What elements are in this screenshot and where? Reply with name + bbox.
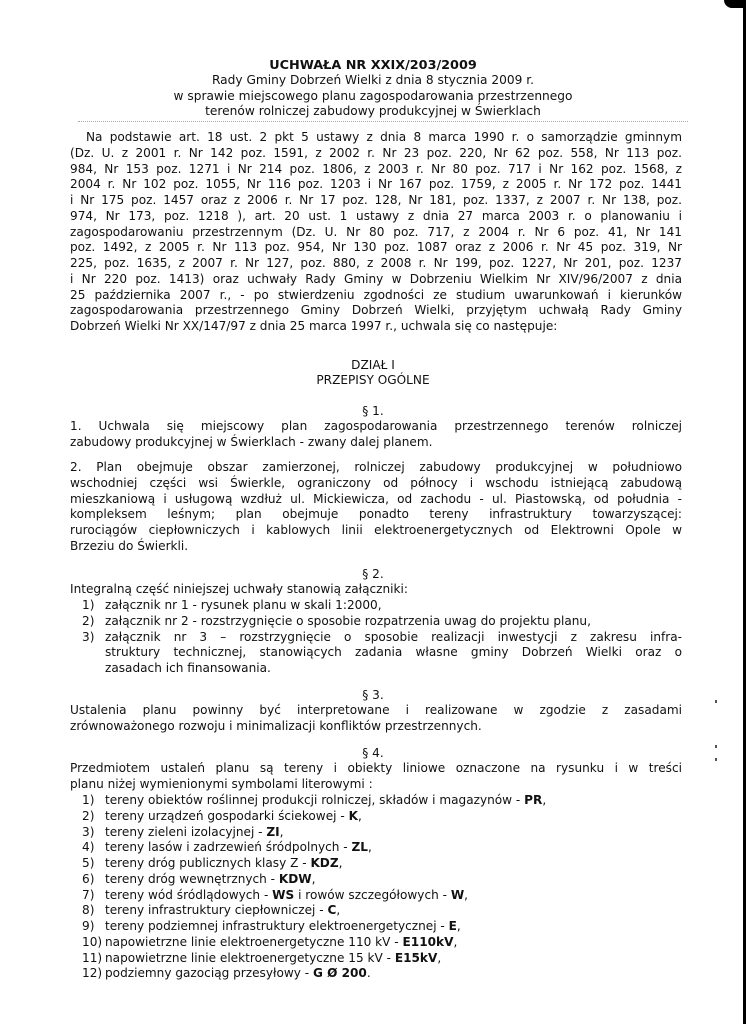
- item-symbol: E110kV: [403, 935, 454, 949]
- list-text: tereny podziemnej infrastruktury elektro…: [105, 919, 682, 935]
- item-description: tereny zieleni izolacyjnej -: [105, 825, 266, 839]
- preamble-line: zagospodarowaniu przestrzennym (Dz. U. N…: [70, 225, 682, 241]
- list-text: załącznik nr 1 - rysunek planu w skali 1…: [105, 598, 682, 614]
- document-page: UCHWAŁA NR XXIX/203/2009 Rady Gminy Dobr…: [0, 0, 746, 1024]
- preamble-paragraph: Na podstawie art. 18 ust. 2 pkt 5 ustawy…: [70, 130, 682, 335]
- symbols-list: 1)tereny obiektów roślinnej produkcji ro…: [82, 793, 682, 982]
- list-item: 1)tereny obiektów roślinnej produkcji ro…: [82, 793, 682, 809]
- item-description: tereny urządzeń gospodarki ściekowej -: [105, 809, 349, 823]
- resolution-subject-cont: terenów rolniczej zabudowy produkcyjnej …: [0, 104, 746, 120]
- item-punct: ,: [336, 903, 340, 917]
- item-symbol: E: [449, 919, 457, 933]
- division-title: PRZEPISY OGÓLNE: [0, 373, 746, 389]
- section-2-heading: § 2.: [0, 567, 746, 583]
- preamble-line: 25 października 2007 r., - po stwierdzen…: [70, 288, 682, 304]
- list-text-cont: zasadach ich finansowania.: [82, 661, 682, 677]
- header-divider: [78, 121, 688, 122]
- list-item: 3)tereny zieleni izolacyjnej - ZI,: [82, 825, 682, 841]
- item-description: napowietrzne linie elektroenergetyczne 1…: [105, 935, 403, 949]
- item-description: i rowów szczegółowych -: [294, 888, 451, 902]
- list-item: 9)tereny podziemnej infrastruktury elekt…: [82, 919, 682, 935]
- item-description: tereny lasów i zadrzewień śródpolnych -: [105, 840, 352, 854]
- list-text-cont: struktury technicznej, stanowiących zada…: [82, 645, 682, 661]
- paragraph-line: 1. Uchwala się miejscowy plan zagospodar…: [70, 419, 682, 435]
- list-text: tereny zieleni izolacyjnej - ZI,: [105, 825, 682, 841]
- list-number: 2): [82, 614, 105, 630]
- list-text: tereny infrastruktury ciepłowniczej - C,: [105, 903, 682, 919]
- section-4-heading: § 4.: [0, 746, 746, 762]
- item-symbol: KDW: [279, 872, 312, 886]
- list-text: załącznik nr 2 - rozstrzygnięcie o sposo…: [105, 614, 682, 630]
- paragraph-line: planu niżej wymienionymi symbolami liter…: [70, 777, 682, 793]
- paragraph-line: Brzeziu do Świerkli.: [70, 539, 682, 555]
- paragraph-line: Ustalenia planu powinny być interpretowa…: [70, 703, 682, 719]
- list-item: 5)tereny dróg publicznych klasy Z - KDZ,: [82, 856, 682, 872]
- division-label: DZIAŁ I: [0, 358, 746, 374]
- list-number: 3): [82, 630, 105, 646]
- item-punct: ,: [542, 793, 546, 807]
- list-text: tereny urządzeń gospodarki ściekowej - K…: [105, 809, 682, 825]
- list-number: 2): [82, 809, 105, 825]
- item-punct: ,: [280, 825, 284, 839]
- item-punct: ,: [464, 888, 468, 902]
- list-number: 12): [82, 966, 105, 982]
- preamble-line: zagospodarowania przestrzennego Gminy Do…: [70, 303, 682, 319]
- paragraph-line: mieszkaniową i usługową wzdłuż ul. Micki…: [70, 492, 682, 508]
- list-item: 2)tereny urządzeń gospodarki ściekowej -…: [82, 809, 682, 825]
- preamble-line: (Dz. U. z 2001 r. Nr 142 poz. 1591, z 20…: [70, 146, 682, 162]
- section-4-intro: Przedmiotem ustaleń planu są tereny i ob…: [70, 761, 682, 793]
- item-symbol: K: [349, 809, 358, 823]
- list-item: 7)tereny wód śródlądowych - WS i rowów s…: [82, 888, 682, 904]
- paragraph-line: zabudowy produkcyjnej w Świerklach - zwa…: [70, 435, 682, 451]
- preamble-line: 974, Nr 173, poz. 1218 ), art. 20 ust. 1…: [70, 209, 682, 225]
- item-symbol: E15kV: [395, 951, 438, 965]
- preamble-line: 2004 r. Nr 102 poz. 1055, Nr 116 poz. 12…: [70, 177, 682, 193]
- item-description: tereny dróg wewnętrznych -: [105, 872, 279, 886]
- item-description: tereny infrastruktury ciepłowniczej -: [105, 903, 327, 917]
- paragraph-line: zrównoważonego rozwoju i minimalizacji k…: [70, 719, 682, 735]
- list-text: napowietrzne linie elektroenergetyczne 1…: [105, 935, 682, 951]
- list-text: tereny obiektów roślinnej produkcji roln…: [105, 793, 682, 809]
- item-symbol: C: [327, 903, 336, 917]
- list-item: 2) załącznik nr 2 - rozstrzygnięcie o sp…: [82, 614, 682, 630]
- preamble-line: poz. 1492, z 2005 r. Nr 113 poz. 954, Nr…: [70, 240, 682, 256]
- scan-corner-mark: [724, 0, 746, 8]
- item-punct: .: [367, 966, 371, 980]
- list-item: 1) załącznik nr 1 - rysunek planu w skal…: [82, 598, 682, 614]
- preamble-line: Dobrzeń Wielki Nr XX/147/97 z dnia 25 ma…: [70, 319, 682, 335]
- section-1-point-2: 2. Plan obejmuje obszar zamierzonej, rol…: [70, 460, 682, 555]
- preamble-line: i Nr 220 poz. 1413) oraz uchwały Rady Gm…: [70, 272, 682, 288]
- resolution-subtitle: Rady Gminy Dobrzeń Wielki z dnia 8 stycz…: [0, 73, 746, 89]
- list-number: 5): [82, 856, 105, 872]
- item-symbol: ZL: [352, 840, 368, 854]
- list-item: 3) załącznik nr 3 – rozstrzygnięcie o sp…: [82, 630, 682, 646]
- item-symbol: PR: [524, 793, 542, 807]
- list-item: 4)tereny lasów i zadrzewień śródpolnych …: [82, 840, 682, 856]
- section-2-intro: Integralną część niniejszej uchwały stan…: [70, 582, 682, 598]
- item-punct: ,: [312, 872, 316, 886]
- list-item: 8)tereny infrastruktury ciepłowniczej - …: [82, 903, 682, 919]
- list-number: 6): [82, 872, 105, 888]
- item-punct: ,: [457, 919, 461, 933]
- list-number: 4): [82, 840, 105, 856]
- resolution-title: UCHWAŁA NR XXIX/203/2009: [0, 58, 746, 74]
- item-symbol: WS: [272, 888, 294, 902]
- item-description: tereny wód śródlądowych -: [105, 888, 272, 902]
- preamble-line: Na podstawie art. 18 ust. 2 pkt 5 ustawy…: [70, 130, 682, 146]
- attachments-list: 1) załącznik nr 1 - rysunek planu w skal…: [82, 598, 682, 677]
- list-text: tereny dróg wewnętrznych - KDW,: [105, 872, 682, 888]
- list-number: 9): [82, 919, 105, 935]
- resolution-subject: w sprawie miejscowego planu zagospodarow…: [0, 89, 746, 105]
- item-punct: ,: [339, 856, 343, 870]
- item-symbol: ZI: [266, 825, 279, 839]
- item-symbol: G Ø 200: [313, 966, 367, 980]
- list-number: 3): [82, 825, 105, 841]
- item-punct: ,: [437, 951, 441, 965]
- section-1-point-1: 1. Uchwala się miejscowy plan zagospodar…: [70, 419, 682, 451]
- preamble-line: 225, poz. 1635, z 2007 r. Nr 127, poz. 8…: [70, 256, 682, 272]
- section-3-heading: § 3.: [0, 688, 746, 704]
- list-number: 11): [82, 951, 105, 967]
- item-punct: ,: [358, 809, 362, 823]
- preamble-line: 984, Nr 153 poz. 1271 i Nr 214 poz. 1806…: [70, 162, 682, 178]
- list-text: napowietrzne linie elektroenergetyczne 1…: [105, 951, 682, 967]
- preamble-line: i Nr 175 poz. 1457 oraz z 2006 r. Nr 17 …: [70, 193, 682, 209]
- item-description: tereny obiektów roślinnej produkcji roln…: [105, 793, 524, 807]
- section-3-text: Ustalenia planu powinny być interpretowa…: [70, 703, 682, 735]
- list-text: tereny dróg publicznych klasy Z - KDZ,: [105, 856, 682, 872]
- paragraph-line: wschodniej części wsi Świerkle, ogranicz…: [70, 476, 682, 492]
- item-description: tereny dróg publicznych klasy Z -: [105, 856, 310, 870]
- list-text: podziemny gazociąg przesyłowy - G Ø 200.: [105, 966, 682, 982]
- list-number: 1): [82, 793, 105, 809]
- item-punct: ,: [453, 935, 457, 949]
- list-text: tereny lasów i zadrzewień śródpolnych - …: [105, 840, 682, 856]
- list-item: 12)podziemny gazociąg przesyłowy - G Ø 2…: [82, 966, 682, 982]
- list-item: 6)tereny dróg wewnętrznych - KDW,: [82, 872, 682, 888]
- item-description: podziemny gazociąg przesyłowy -: [105, 966, 313, 980]
- list-number: 8): [82, 903, 105, 919]
- item-punct: ,: [368, 840, 372, 854]
- list-number: 7): [82, 888, 105, 904]
- paragraph-line: rurociągów ciepłowniczych i kablowych li…: [70, 523, 682, 539]
- item-symbol: W: [451, 888, 464, 902]
- paragraph-line: 2. Plan obejmuje obszar zamierzonej, rol…: [70, 460, 682, 476]
- list-text: tereny wód śródlądowych - WS i rowów szc…: [105, 888, 682, 904]
- list-number: 10): [82, 935, 105, 951]
- section-1-heading: § 1.: [0, 404, 746, 420]
- paragraph-line: kompleksem leśnym; plan obejmuje ponadto…: [70, 507, 682, 523]
- item-symbol: KDZ: [310, 856, 338, 870]
- list-item: 11)napowietrzne linie elektroenergetyczn…: [82, 951, 682, 967]
- item-description: napowietrzne linie elektroenergetyczne 1…: [105, 951, 395, 965]
- paragraph-line: Integralną część niniejszej uchwały stan…: [70, 582, 682, 598]
- list-number: 1): [82, 598, 105, 614]
- paragraph-line: Przedmiotem ustaleń planu są tereny i ob…: [70, 761, 682, 777]
- item-description: tereny podziemnej infrastruktury elektro…: [105, 919, 449, 933]
- list-item: 10)napowietrzne linie elektroenergetyczn…: [82, 935, 682, 951]
- list-text: załącznik nr 3 – rozstrzygnięcie o sposo…: [105, 630, 682, 646]
